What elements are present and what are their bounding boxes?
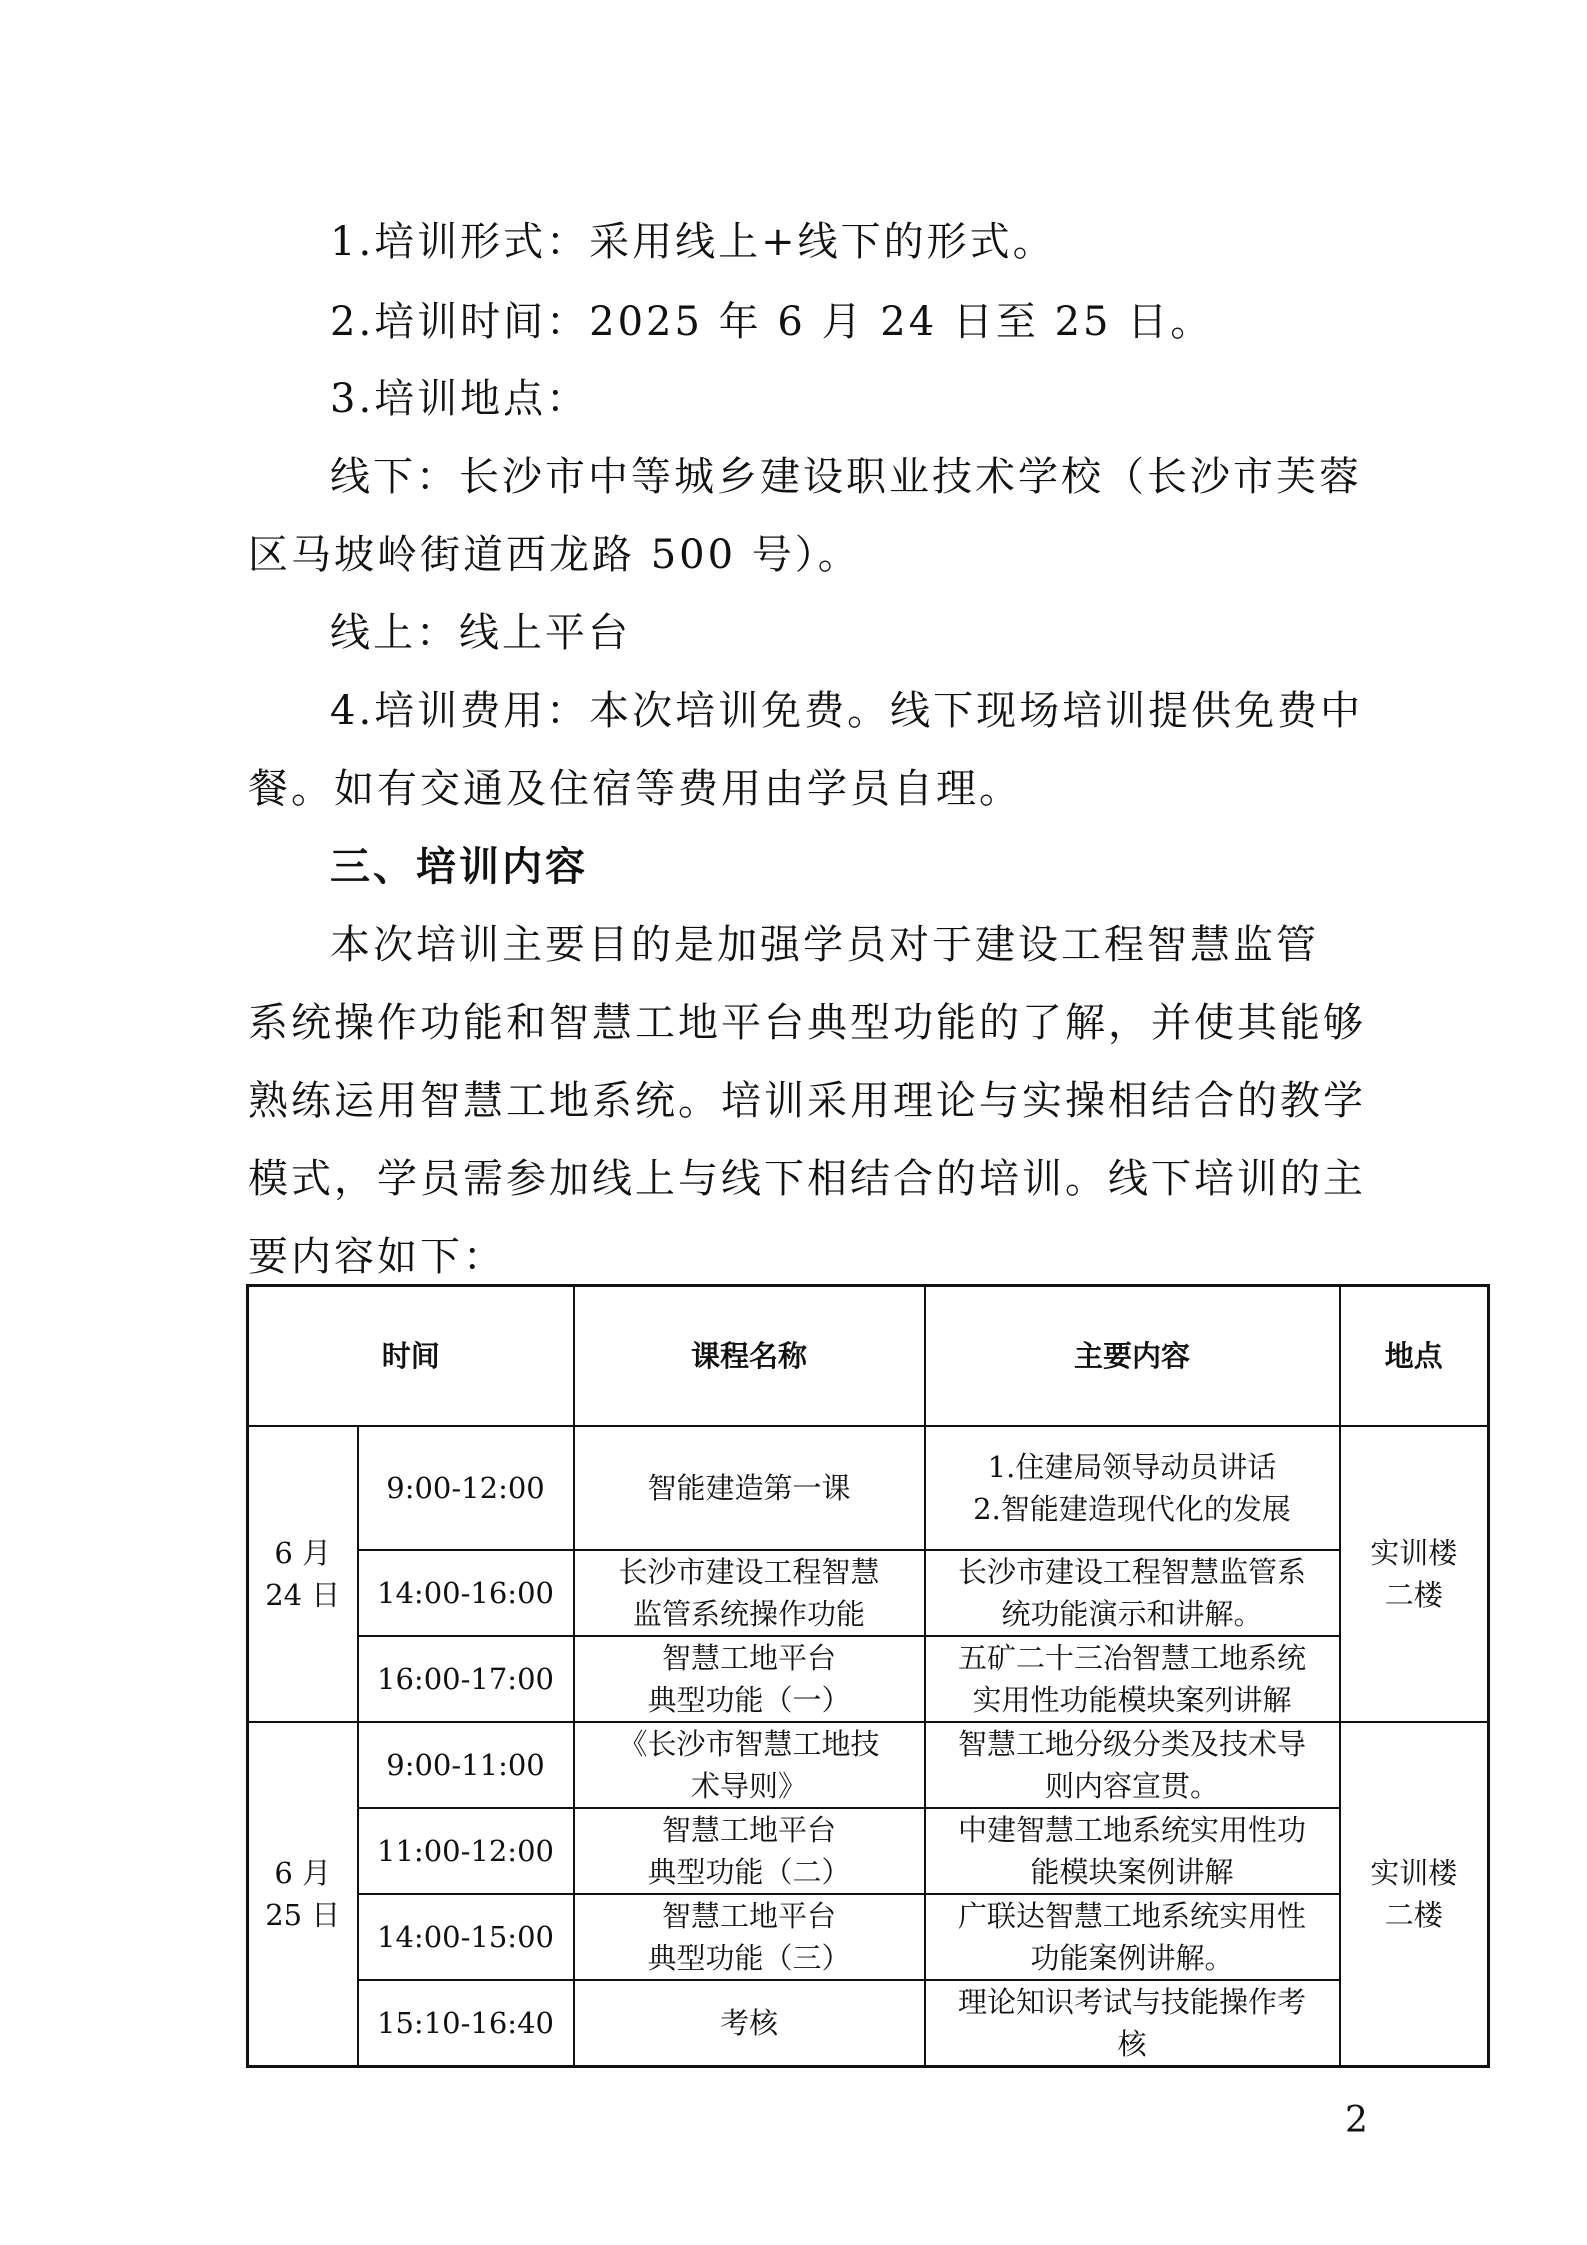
paragraph-purpose-line2: 系统操作功能和智慧工地平台典型功能的了解，并使其能够 xyxy=(248,984,1368,1062)
paragraph-online-location: 线上：线上平台 xyxy=(248,594,1368,672)
course-cell: 智慧工地平台 典型功能（三） xyxy=(574,1894,925,1980)
header-location: 地点 xyxy=(1340,1286,1489,1426)
location-cell: 实训楼 二楼 xyxy=(1340,1426,1489,1722)
table-row: 6 月 25 日 9:00-11:00 《长沙市智慧工地技 术导则》 智慧工地分… xyxy=(248,1722,1489,1808)
course-cell: 智慧工地平台 典型功能（二） xyxy=(574,1808,925,1894)
time-cell: 9:00-11:00 xyxy=(358,1722,574,1808)
paragraph-purpose-line4: 模式，学员需参加线上与线下相结合的培训。线下培训的主 xyxy=(248,1140,1368,1218)
content-cell: 广联达智慧工地系统实用性 功能案例讲解。 xyxy=(925,1894,1340,1980)
table-row: 6 月 24 日 9:00-12:00 智能建造第一课 1.住建局领导动员讲话 … xyxy=(248,1426,1489,1550)
document-page: 1.培训形式：采用线上+线下的形式。 2.培训时间：2025 年 6 月 24 … xyxy=(0,0,1587,2245)
paragraph-training-format: 1.培训形式：采用线上+线下的形式。 xyxy=(248,203,1368,281)
table-header-row: 时间 课程名称 主要内容 地点 xyxy=(248,1286,1489,1426)
date-cell: 6 月 24 日 xyxy=(248,1426,358,1722)
content-cell: 智慧工地分级分类及技术导 则内容宣贯。 xyxy=(925,1722,1340,1808)
table-row: 16:00-17:00 智慧工地平台 典型功能（一） 五矿二十三冶智慧工地系统 … xyxy=(248,1636,1489,1722)
course-cell: 智能建造第一课 xyxy=(574,1426,925,1550)
course-cell: 《长沙市智慧工地技 术导则》 xyxy=(574,1722,925,1808)
page-number: 2 xyxy=(1345,2100,1368,2141)
content-cell: 1.住建局领导动员讲话 2.智能建造现代化的发展 xyxy=(925,1426,1340,1550)
training-schedule-table: 时间 课程名称 主要内容 地点 6 月 24 日 9:00-12:00 智能建造… xyxy=(246,1284,1490,2068)
paragraph-training-time: 2.培训时间：2025 年 6 月 24 日至 25 日。 xyxy=(248,283,1368,361)
date-cell: 6 月 25 日 xyxy=(248,1722,358,2067)
paragraph-purpose-line3: 熟练运用智慧工地系统。培训采用理论与实操相结合的教学 xyxy=(248,1062,1368,1140)
time-cell: 11:00-12:00 xyxy=(358,1808,574,1894)
time-cell: 14:00-15:00 xyxy=(358,1894,574,1980)
time-cell: 14:00-16:00 xyxy=(358,1550,574,1636)
paragraph-training-fee-line1: 4.培训费用：本次培训免费。线下现场培训提供免费中 xyxy=(248,672,1368,750)
header-course: 课程名称 xyxy=(574,1286,925,1426)
header-time: 时间 xyxy=(248,1286,574,1426)
course-cell: 智慧工地平台 典型功能（一） xyxy=(574,1636,925,1722)
paragraph-offline-location-line1: 线下：长沙市中等城乡建设职业技术学校（长沙市芙蓉 xyxy=(248,438,1368,516)
paragraph-training-location: 3.培训地点： xyxy=(248,360,1368,438)
content-cell: 五矿二十三冶智慧工地系统 实用性功能模块案列讲解 xyxy=(925,1636,1340,1722)
course-cell: 考核 xyxy=(574,1980,925,2067)
content-cell: 理论知识考试与技能操作考 核 xyxy=(925,1980,1340,2067)
content-cell: 中建智慧工地系统实用性功 能模块案例讲解 xyxy=(925,1808,1340,1894)
course-cell: 长沙市建设工程智慧 监管系统操作功能 xyxy=(574,1550,925,1636)
paragraph-purpose-line1: 本次培训主要目的是加强学员对于建设工程智慧监管 xyxy=(248,906,1368,984)
time-cell: 9:00-12:00 xyxy=(358,1426,574,1550)
section-heading-training-content: 三、培训内容 xyxy=(248,828,1368,906)
header-content: 主要内容 xyxy=(925,1286,1340,1426)
content-cell: 长沙市建设工程智慧监管系 统功能演示和讲解。 xyxy=(925,1550,1340,1636)
table-row: 14:00-15:00 智慧工地平台 典型功能（三） 广联达智慧工地系统实用性 … xyxy=(248,1894,1489,1980)
paragraph-training-fee-line2: 餐。如有交通及住宿等费用由学员自理。 xyxy=(248,750,1368,828)
table-row: 11:00-12:00 智慧工地平台 典型功能（二） 中建智慧工地系统实用性功 … xyxy=(248,1808,1489,1894)
time-cell: 16:00-17:00 xyxy=(358,1636,574,1722)
time-cell: 15:10-16:40 xyxy=(358,1980,574,2067)
table-row: 15:10-16:40 考核 理论知识考试与技能操作考 核 xyxy=(248,1980,1489,2067)
table-row: 14:00-16:00 长沙市建设工程智慧 监管系统操作功能 长沙市建设工程智慧… xyxy=(248,1550,1489,1636)
location-cell: 实训楼 二楼 xyxy=(1340,1722,1489,2067)
paragraph-offline-location-line2: 区马坡岭街道西龙路 500 号）。 xyxy=(248,516,1368,594)
